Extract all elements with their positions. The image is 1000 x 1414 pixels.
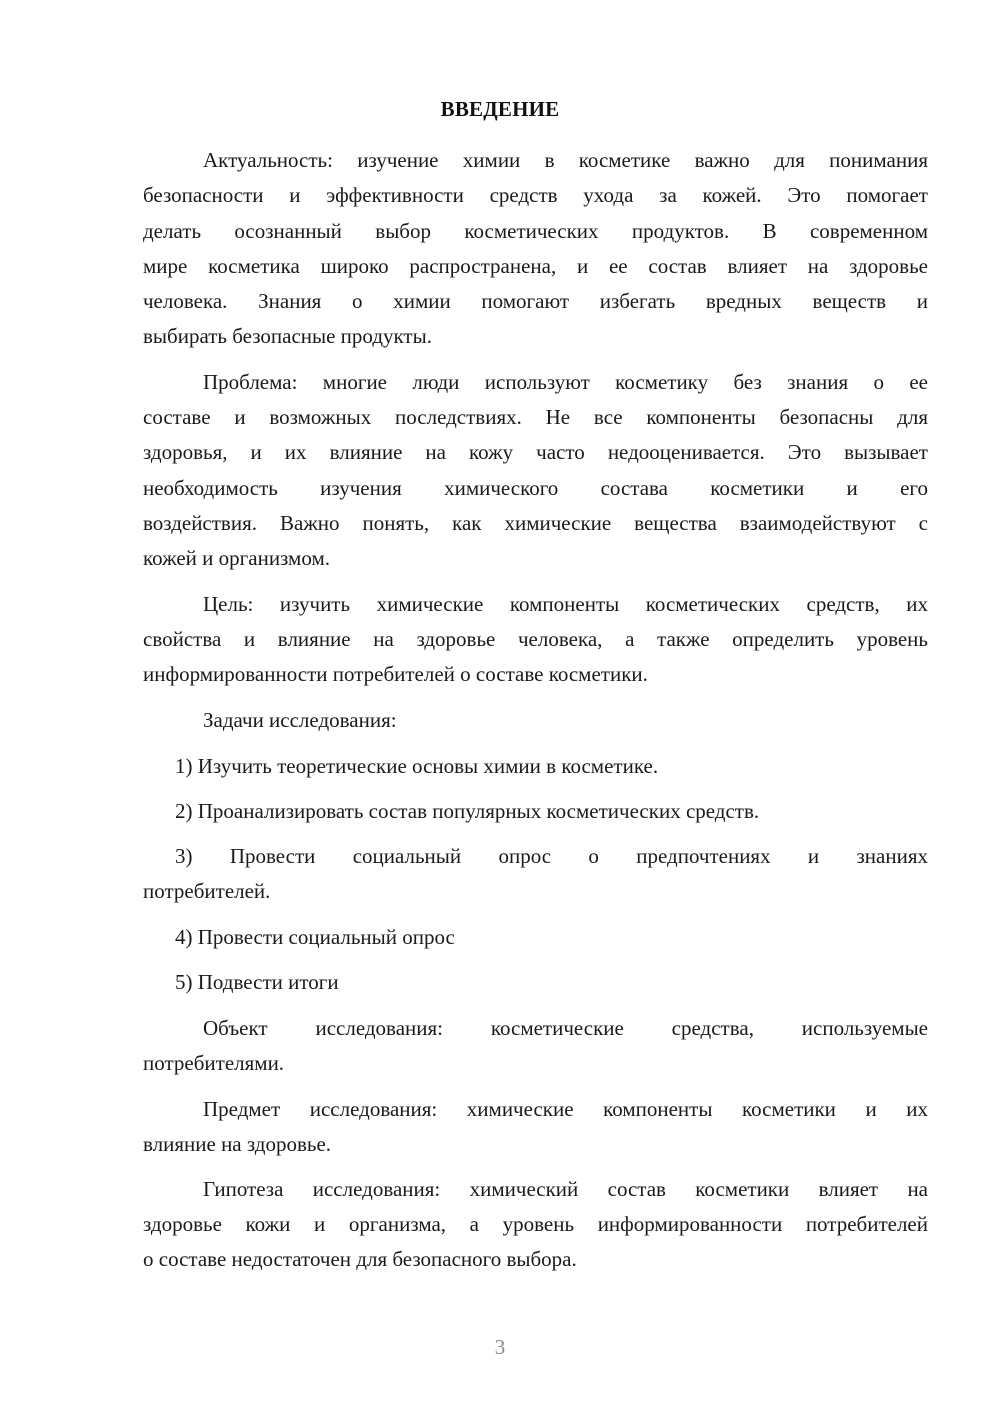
text-line: потребителями. (143, 1050, 284, 1076)
text-line: воздействия. Важно понять, как химически… (143, 510, 928, 536)
text-line: выбирать безопасные продукты. (143, 323, 432, 349)
page-title: ВВЕДЕНИЕ (0, 97, 1000, 122)
task-item: 3) Провести социальный опрос о предпочте… (175, 843, 928, 869)
task-item: 5) Подвести итоги (175, 969, 339, 995)
text-line: кожей и организмом. (143, 545, 330, 571)
task-item: 2) Проанализировать состав популярных ко… (175, 798, 759, 824)
text-line: свойства и влияние на здоровье человека,… (143, 626, 928, 652)
text-line: здоровье кожи и организма, а уровень инф… (143, 1211, 928, 1237)
text-line: мире косметика широко распространена, и … (143, 253, 928, 279)
text-line: делать осознанный выбор косметических пр… (143, 218, 928, 244)
text-line: здоровья, и их влияние на кожу часто нед… (143, 439, 928, 465)
text-line: информированности потребителей о составе… (143, 661, 648, 687)
text-line: составе и возможных последствиях. Не все… (143, 404, 928, 430)
tasks-heading: Задачи исследования: (203, 707, 397, 733)
text-line: человека. Знания о химии помогают избега… (143, 288, 928, 314)
task-item: 4) Провести социальный опрос (175, 924, 455, 950)
text-line: Цель: изучить химические компоненты косм… (203, 591, 928, 617)
text-line: влияние на здоровье. (143, 1131, 331, 1157)
task-item: 1) Изучить теоретические основы химии в … (175, 753, 658, 779)
text-line: Актуальность: изучение химии в косметике… (203, 147, 928, 173)
text-line: Объект исследования: косметические средс… (203, 1015, 928, 1041)
text-line: необходимость изучения химического соста… (143, 475, 928, 501)
page-number: 3 (0, 1335, 1000, 1360)
task-item-continuation: потребителей. (143, 878, 270, 904)
text-line: о составе недостаточен для безопасного в… (143, 1246, 577, 1272)
document-page: ВВЕДЕНИЕ Актуальность: изучение химии в … (0, 0, 1000, 1414)
text-line: безопасности и эффективности средств ухо… (143, 182, 928, 208)
text-line: Гипотеза исследования: химический состав… (203, 1176, 928, 1202)
text-line: Предмет исследования: химические компоне… (203, 1096, 928, 1122)
text-line: Проблема: многие люди используют космети… (203, 369, 928, 395)
